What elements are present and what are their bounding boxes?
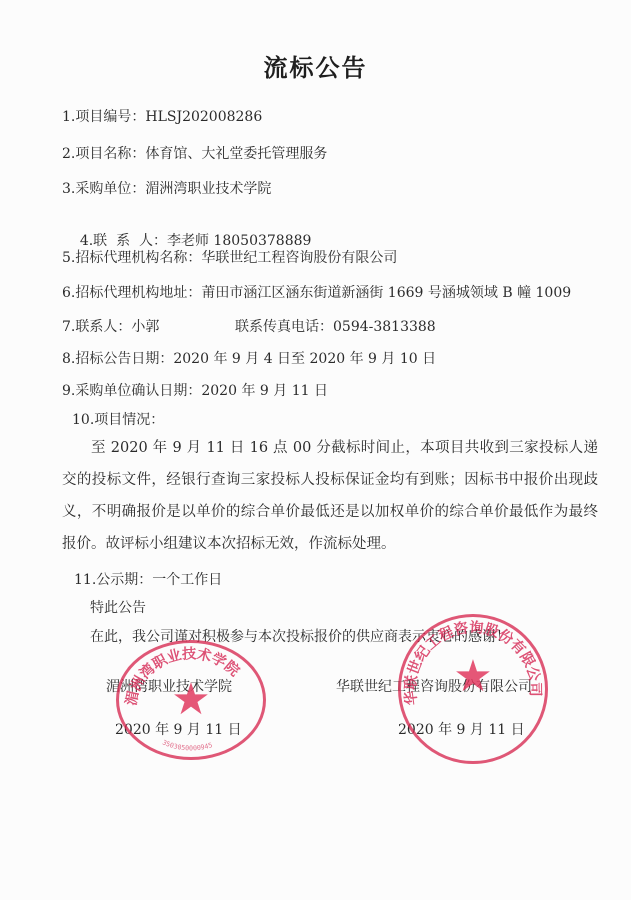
item-value: 李老师 18050378889 [167, 233, 311, 249]
item-label: 8.招标公告日期： [62, 351, 173, 367]
scanned-document-page: 流标公告 1.项目编号：HLSJ202008286 2.项目名称：体育馆、大礼堂… [0, 0, 631, 900]
svg-text:3503050000945: 3503050000945 [161, 738, 213, 752]
item-label: 6.招标代理机构地址： [62, 285, 201, 301]
item-fax: 联系传真电话：0594-3813388 [235, 318, 436, 336]
item-confirmation-date: 9.采购单位确认日期：2020 年 9 月 11 日 [62, 382, 328, 400]
item-value: HLSJ202008286 [145, 109, 262, 125]
item-value: 2020 年 9 月 11 日 [201, 383, 328, 399]
seal-ring-text-left: 湄洲湾职业技术学院 3503050000945 [119, 643, 263, 757]
item-purchaser: 3.采购单位：湄洲湾职业技术学院 [62, 180, 271, 198]
fax-label: 联系传真电话： [235, 319, 333, 335]
signature-org-left: 湄洲湾职业技术学院 [106, 676, 232, 696]
signature-date-left: 2020 年 9 月 11 日 [115, 719, 242, 739]
item-label: 9.采购单位确认日期： [62, 383, 201, 399]
item-label: 1.项目编号： [62, 109, 145, 125]
document-title: 流标公告 [0, 48, 631, 83]
item-value: 一个工作日 [152, 572, 222, 588]
item-agency-address: 6.招标代理机构地址：莆田市涵江区涵东街道新涵街 1669 号涵城领域 B 幢 … [62, 284, 571, 302]
item-publicity-period: 11.公示期：一个工作日 [74, 571, 222, 589]
seal-stamp-left: 湄洲湾职业技术学院 3503050000945 ★ [116, 640, 266, 760]
signature-org-right: 华联世纪工程咨询股份有限公司 [336, 676, 532, 696]
item-value: 湄洲湾职业技术学院 [145, 181, 271, 197]
item-agency-name: 5.招标代理机构名称：华联世纪工程咨询股份有限公司 [62, 249, 397, 267]
item-label: 2.项目名称： [62, 146, 145, 162]
signature-date-right: 2020 年 9 月 11 日 [398, 719, 525, 739]
item-label: 10.项目情况： [72, 412, 164, 428]
item-value: 莆田市涵江区涵东街道新涵街 1669 号涵城领域 B 幢 1009 [201, 285, 571, 301]
item-label: 3.采购单位： [62, 181, 145, 197]
closing-text: 特此公告 [90, 599, 146, 617]
item-announcement-dates: 8.招标公告日期：2020 年 9 月 4 日至 2020 年 9 月 10 日 [62, 350, 436, 368]
item-project-situation: 10.项目情况： [72, 411, 164, 429]
item-label: 11.公示期： [74, 572, 152, 588]
item-value: 体育馆、大礼堂委托管理服务 [145, 146, 327, 162]
item-label: 7.联系人： [62, 319, 131, 335]
thanks-text: 在此，我公司谨对积极参与本次投标报价的供应商表示衷心的感谢！ [90, 628, 510, 646]
item-label: 4.联 系 人： [80, 233, 167, 249]
item-project-name: 2.项目名称：体育馆、大礼堂委托管理服务 [62, 145, 327, 163]
fax-value: 0594-3813388 [333, 319, 436, 335]
situation-paragraph: 至 2020 年 9 月 11 日 16 点 00 分截标时间止，本项目共收到三… [62, 432, 598, 560]
item-label: 5.招标代理机构名称： [62, 250, 201, 266]
item-value: 华联世纪工程咨询股份有限公司 [201, 250, 397, 266]
item-agency-contact: 7.联系人：小郭 [62, 318, 159, 336]
item-value: 小郭 [131, 319, 159, 335]
item-project-number: 1.项目编号：HLSJ202008286 [62, 108, 262, 126]
item-value: 2020 年 9 月 4 日至 2020 年 9 月 10 日 [173, 351, 436, 367]
